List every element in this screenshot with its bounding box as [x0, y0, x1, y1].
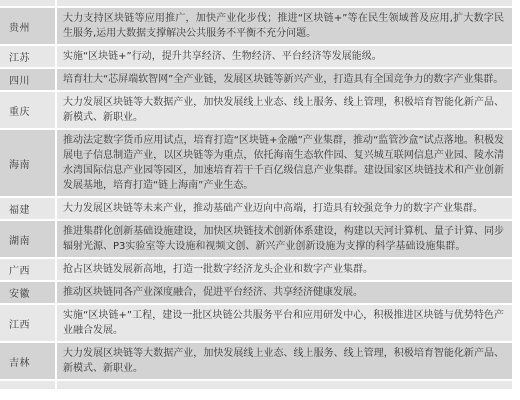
- policy-cell: 推进集群化创新基础设施建设，加快区块链技术创新体系建设，构建以天河计算机、量子计…: [57, 221, 512, 257]
- province-cell: 江苏: [0, 46, 55, 67]
- table-row: 湖南 推进集群化创新基础设施建设，加快区块链技术创新体系建设，构建以天河计算机、…: [0, 221, 512, 257]
- policy-cell: 大力发展区块链等大数据产业，加快发展线上业态、线上服务、线上管理，积极培育智能化…: [57, 92, 512, 128]
- policy-text: 推动区块链同各产业深度融合，促进平台经济、共享经济健康发展。: [63, 287, 363, 298]
- province-cell: 广西: [0, 259, 55, 280]
- province-label: 广西: [9, 262, 30, 277]
- policy-cell: 大力发展区块链等未来产业，推动基础产业迈向中高端，打造具有较强竞争力的数字产业集…: [57, 198, 512, 219]
- province-cell: 海南: [0, 130, 55, 196]
- table-row: 重庆 大力发展区块链等大数据产业，加快发展线上业态、线上服务、线上管理，积极培育…: [0, 92, 512, 128]
- table-row: 海南 推动法定数字货币应用试点，培育打造“区块链+金融”产业集群，推动“监管沙盒…: [0, 130, 512, 196]
- province-label: 安徽: [9, 285, 30, 300]
- province-cell: [0, 381, 55, 389]
- province-cell: 吉林: [0, 343, 55, 379]
- table-row: 吉林 大力发展区块链等大数据产业，加快发展线上业态、线上服务、线上管理，积极培育…: [0, 343, 512, 379]
- province-label: 吉林: [9, 354, 30, 369]
- policy-text: 培育壮大“芯屏端软智网”全产业链，发展区块链等新兴产业，打造具有全国竞争力的数字…: [63, 74, 503, 85]
- table-row: 福建 大力发展区块链等未来产业，推动基础产业迈向中高端，打造具有较强竞争力的数字…: [0, 198, 512, 219]
- policy-cell: 大力发展区块链等大数据产业，加快发展线上业态、线上服务、线上管理，积极培育智能化…: [57, 343, 512, 379]
- policy-text: 推动法定数字货币应用试点，培育打造“区块链+金融”产业集群，推动“监管沙盒”试点…: [63, 135, 504, 191]
- policy-cell: 大力支持区块链等应用推广，加快产业化步伐；推进“区块链+”等在民生领域普及应用,…: [57, 8, 512, 44]
- policy-cell: 抢占区块链发展新高地，打造一批数字经济龙头企业和数字产业集群。: [57, 259, 512, 280]
- partial-row-top: [0, 0, 512, 6]
- province-cell: 福建: [0, 198, 55, 219]
- province-label: 福建: [9, 201, 30, 216]
- province-label: 四川: [9, 72, 30, 87]
- table-row: 广西 抢占区块链发展新高地，打造一批数字经济龙头企业和数字产业集群。: [0, 259, 512, 280]
- province-label: 重庆: [9, 103, 30, 118]
- province-cell: 重庆: [0, 92, 55, 128]
- policy-text: 大力发展区块链等大数据产业，加快发展线上业态、线上服务、线上管理，积极培育智能化…: [63, 97, 504, 123]
- province-cell: 四川: [0, 69, 55, 90]
- province-cell: 湖南: [0, 221, 55, 257]
- policy-text: 大力发展区块链等大数据产业，加快发展线上业态、线上服务、线上管理，积极培育智能化…: [63, 348, 504, 374]
- province-label: 湖南: [9, 232, 30, 247]
- table-row: 江西 实施“区块链+”工程，建设一批区块链公共服务平台和应用研发中心，积极推进区…: [0, 305, 512, 341]
- province-label: 江苏: [9, 49, 30, 64]
- table-row: 贵州 大力支持区块链等应用推广，加快产业化步伐；推进“区块链+”等在民生领域普及…: [0, 8, 512, 44]
- province-cell: 安徽: [0, 282, 55, 303]
- policy-text: 大力发展区块链等未来产业，推动基础产业迈向中高端，打造具有较强竞争力的数字产业集…: [63, 203, 483, 214]
- province-cell: 贵州: [0, 8, 55, 44]
- table-row: 四川 培育壮大“芯屏端软智网”全产业链，发展区块链等新兴产业，打造具有全国竞争力…: [0, 69, 512, 90]
- policy-table: 贵州 大力支持区块链等应用推广，加快产业化步伐；推进“区块链+”等在民生领域普及…: [0, 0, 512, 389]
- policy-cell: 推动区块链同各产业深度融合，促进平台经济、共享经济健康发展。: [57, 282, 512, 303]
- province-label: 贵州: [9, 19, 30, 34]
- policy-cell: [57, 0, 512, 6]
- province-cell: 江西: [0, 305, 55, 341]
- policy-text: 大力支持区块链等应用推广，加快产业化步伐；推进“区块链+”等在民生领域普及应用,…: [63, 13, 504, 39]
- partial-row-bottom: [0, 381, 512, 389]
- policy-cell: 实施“区块链+”行动，提升共享经济、生物经济、平台经济等发展能级。: [57, 46, 512, 67]
- policy-text: 推进集群化创新基础设施建设，加快区块链技术创新体系建设，构建以天河计算机、量子计…: [63, 226, 504, 252]
- policy-cell: 推动法定数字货币应用试点，培育打造“区块链+金融”产业集群，推动“监管沙盒”试点…: [57, 130, 512, 196]
- province-cell: [0, 0, 55, 6]
- table-row: 安徽 推动区块链同各产业深度融合，促进平台经济、共享经济健康发展。: [0, 282, 512, 303]
- policy-cell: 培育壮大“芯屏端软智网”全产业链，发展区块链等新兴产业，打造具有全国竞争力的数字…: [57, 69, 512, 90]
- policy-cell: 实施“区块链+”工程，建设一批区块链公共服务平台和应用研发中心，积极推进区块链与…: [57, 305, 512, 341]
- policy-text: 抢占区块链发展新高地，打造一批数字经济龙头企业和数字产业集群。: [63, 264, 373, 275]
- policy-text: 实施“区块链+”工程，建设一批区块链公共服务平台和应用研发中心，积极推进区块链与…: [63, 310, 504, 336]
- province-label: 江西: [9, 316, 30, 331]
- policy-cell: [57, 381, 512, 389]
- table-row: 江苏 实施“区块链+”行动，提升共享经济、生物经济、平台经济等发展能级。: [0, 46, 512, 67]
- policy-text: 实施“区块链+”行动，提升共享经济、生物经济、平台经济等发展能级。: [63, 51, 382, 62]
- province-label: 海南: [9, 156, 30, 171]
